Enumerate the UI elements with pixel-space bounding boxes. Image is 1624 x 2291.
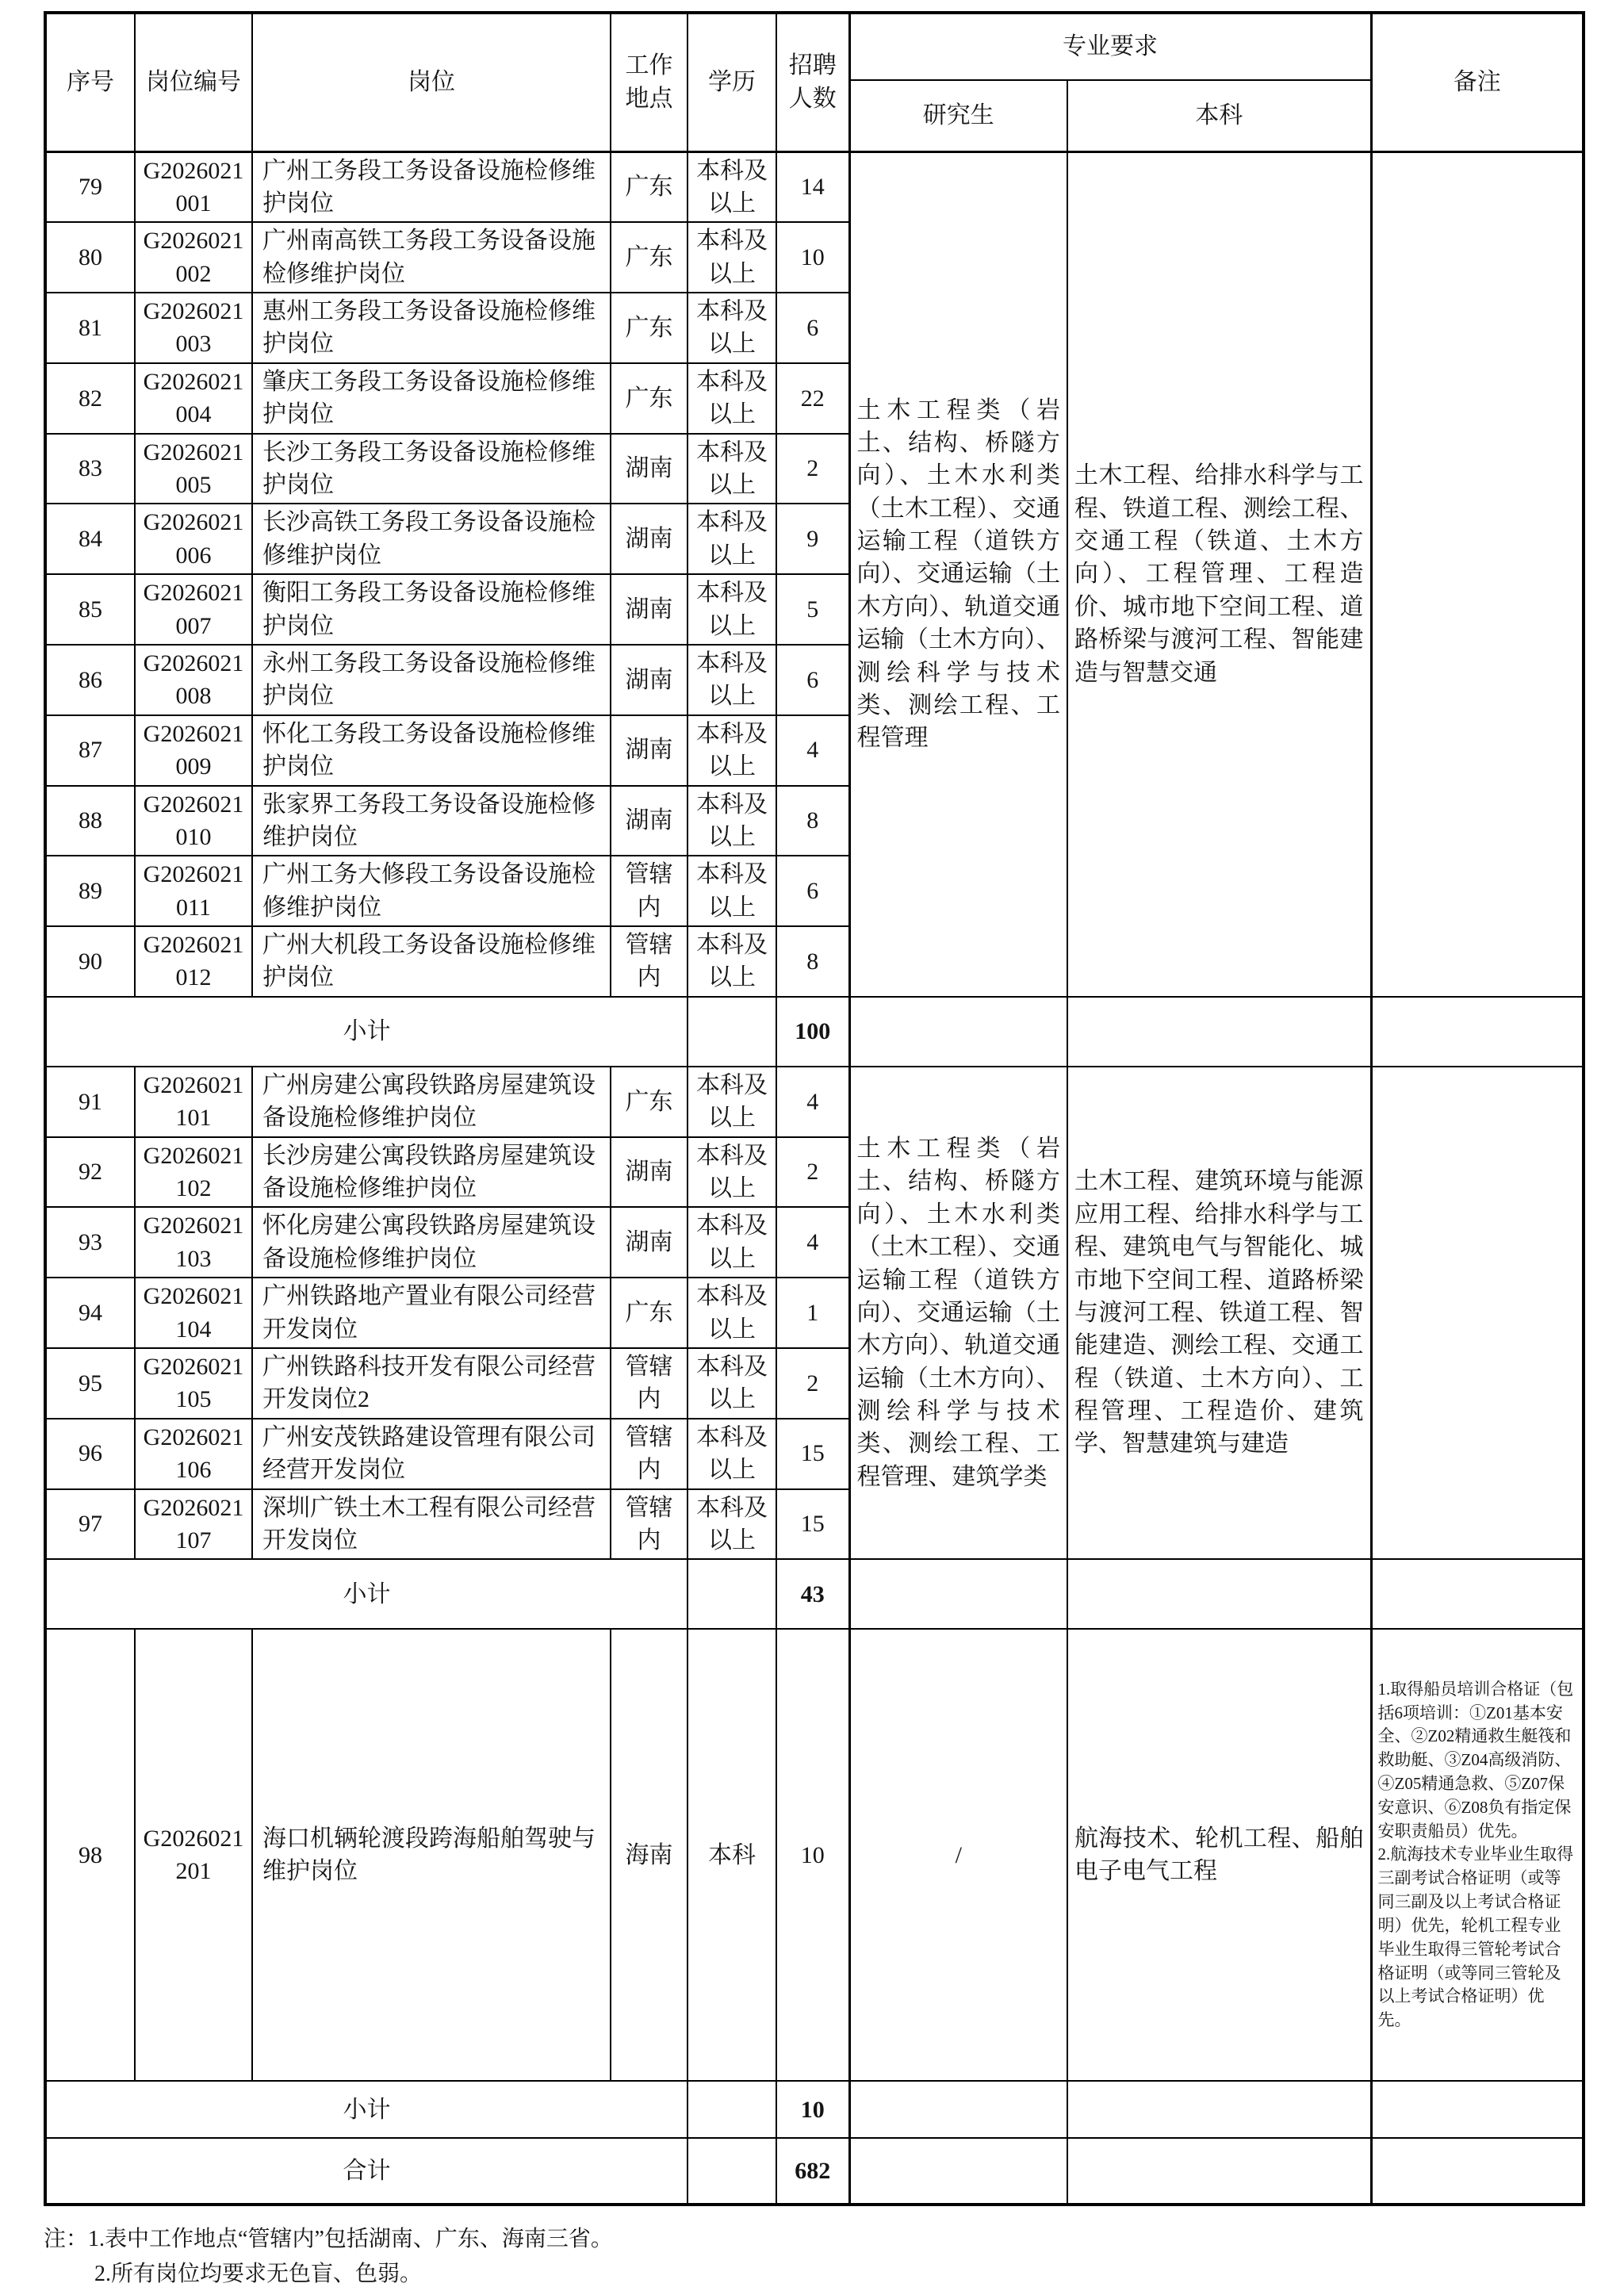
cell-count: 15 bbox=[776, 1489, 849, 1560]
cell-code: G2026021101 bbox=[135, 1067, 252, 1137]
cell-location: 管辖内 bbox=[611, 1419, 688, 1489]
subtotal-grad-empty bbox=[849, 2081, 1067, 2138]
subtotal-remark-empty bbox=[1371, 997, 1584, 1067]
cell-count: 4 bbox=[776, 1207, 849, 1278]
cell-location: 湖南 bbox=[611, 1137, 688, 1208]
cell-post: 深圳广铁土木工程有限公司经营开发岗位 bbox=[252, 1489, 611, 1560]
cell-major-undergrad: 土木工程、建筑环境与能源应用工程、给排水科学与工程、建筑电气与智能化、城市地下空… bbox=[1067, 1067, 1371, 1559]
cell-count: 15 bbox=[776, 1419, 849, 1489]
cell-count: 22 bbox=[776, 363, 849, 434]
cell-code: G2026021002 bbox=[135, 222, 252, 293]
cell-code: G2026021004 bbox=[135, 363, 252, 434]
table-row: 98 G2026021201 海口机辆轮渡段跨海船舶驾驶与维护岗位 海南 本科 … bbox=[45, 1629, 1584, 2081]
subtotal-undergrad-empty bbox=[1067, 2081, 1371, 2138]
cell-post: 广州铁路科技开发有限公司经营开发岗位2 bbox=[252, 1348, 611, 1419]
cell-code: G2026021012 bbox=[135, 926, 252, 997]
cell-count: 4 bbox=[776, 715, 849, 786]
cell-education: 本科及以上 bbox=[688, 363, 776, 434]
cell-post: 肇庆工务段工务设备设施检修维护岗位 bbox=[252, 363, 611, 434]
cell-major-undergrad: 土木工程、给排水科学与工程、铁道工程、测绘工程、交通工程（铁道、土木方向）、工程… bbox=[1067, 151, 1371, 997]
total-remark-empty bbox=[1371, 2138, 1584, 2205]
cell-count: 2 bbox=[776, 1137, 849, 1208]
col-header-code: 岗位编号 bbox=[135, 13, 252, 151]
cell-education: 本科及以上 bbox=[688, 434, 776, 504]
subtotal-education-empty bbox=[688, 2081, 776, 2138]
cell-count: 4 bbox=[776, 1067, 849, 1137]
subtotal-count: 43 bbox=[776, 1559, 849, 1629]
table-row: 79 G2026021001 广州工务段工务设备设施检修维护岗位 广东 本科及以… bbox=[45, 151, 1584, 222]
cell-count: 2 bbox=[776, 434, 849, 504]
cell-count: 2 bbox=[776, 1348, 849, 1419]
cell-education: 本科及以上 bbox=[688, 1207, 776, 1278]
footnote-line-2: 2.所有岗位均要求无色盲、色弱。 bbox=[44, 2257, 1624, 2291]
col-header-major: 专业要求 bbox=[849, 13, 1371, 80]
cell-no: 90 bbox=[45, 926, 135, 997]
cell-no: 81 bbox=[45, 293, 135, 363]
subtotal-row: 小计 43 bbox=[45, 1559, 1584, 1629]
total-education-empty bbox=[688, 2138, 776, 2205]
cell-no: 79 bbox=[45, 151, 135, 222]
cell-post: 长沙高铁工务段工务设备设施检修维护岗位 bbox=[252, 504, 611, 574]
cell-post: 衡阳工务段工务设备设施检修维护岗位 bbox=[252, 574, 611, 645]
cell-location: 湖南 bbox=[611, 574, 688, 645]
cell-post: 广州安茂铁路建设管理有限公司经营开发岗位 bbox=[252, 1419, 611, 1489]
footnotes: 注：1.表中工作地点“管辖内”包括湖南、广东、海南三省。 2.所有岗位均要求无色… bbox=[44, 2222, 1624, 2291]
subtotal-count: 100 bbox=[776, 997, 849, 1067]
cell-code: G2026021005 bbox=[135, 434, 252, 504]
subtotal-row: 小计 10 bbox=[45, 2081, 1584, 2138]
cell-location: 海南 bbox=[611, 1629, 688, 2081]
cell-code: G2026021009 bbox=[135, 715, 252, 786]
cell-count: 8 bbox=[776, 786, 849, 856]
cell-code: G2026021201 bbox=[135, 1629, 252, 2081]
subtotal-label: 小计 bbox=[45, 2081, 688, 2138]
col-header-education: 学历 bbox=[688, 13, 776, 151]
cell-code: G2026021105 bbox=[135, 1348, 252, 1419]
subtotal-label: 小计 bbox=[45, 1559, 688, 1629]
cell-count: 9 bbox=[776, 504, 849, 574]
cell-education: 本科及以上 bbox=[688, 1278, 776, 1348]
cell-remark bbox=[1371, 1067, 1584, 1559]
cell-location: 广东 bbox=[611, 222, 688, 293]
cell-education: 本科及以上 bbox=[688, 293, 776, 363]
subtotal-grad-empty bbox=[849, 1559, 1067, 1629]
recruitment-table: 序号 岗位编号 岗位 工作地点 学历 招聘人数 专业要求 备注 研究生 本科 7… bbox=[44, 11, 1585, 2206]
cell-no: 83 bbox=[45, 434, 135, 504]
subtotal-grad-empty bbox=[849, 997, 1067, 1067]
cell-education: 本科及以上 bbox=[688, 856, 776, 926]
cell-no: 93 bbox=[45, 1207, 135, 1278]
cell-education: 本科及以上 bbox=[688, 504, 776, 574]
total-grad-empty bbox=[849, 2138, 1067, 2205]
footnote-prefix: 注： bbox=[44, 2227, 88, 2251]
cell-no: 86 bbox=[45, 645, 135, 715]
cell-location: 广东 bbox=[611, 1278, 688, 1348]
cell-location: 湖南 bbox=[611, 504, 688, 574]
cell-location: 湖南 bbox=[611, 645, 688, 715]
cell-education: 本科及以上 bbox=[688, 786, 776, 856]
subtotal-remark-empty bbox=[1371, 1559, 1584, 1629]
cell-count: 14 bbox=[776, 151, 849, 222]
footnote-line-1: 注：1.表中工作地点“管辖内”包括湖南、广东、海南三省。 bbox=[44, 2222, 1624, 2256]
cell-code: G2026021001 bbox=[135, 151, 252, 222]
cell-post: 长沙工务段工务设备设施检修维护岗位 bbox=[252, 434, 611, 504]
col-header-remark: 备注 bbox=[1371, 13, 1584, 151]
cell-education: 本科及以上 bbox=[688, 1348, 776, 1419]
cell-education: 本科及以上 bbox=[688, 926, 776, 997]
cell-code: G2026021010 bbox=[135, 786, 252, 856]
subtotal-count: 10 bbox=[776, 2081, 849, 2138]
cell-no: 98 bbox=[45, 1629, 135, 2081]
cell-education: 本科及以上 bbox=[688, 715, 776, 786]
cell-education: 本科及以上 bbox=[688, 645, 776, 715]
cell-location: 管辖内 bbox=[611, 1489, 688, 1560]
cell-post: 广州大机段工务设备设施检修维护岗位 bbox=[252, 926, 611, 997]
cell-post: 广州南高铁工务段工务设备设施检修维护岗位 bbox=[252, 222, 611, 293]
footnote-text-2: 2.所有岗位均要求无色盲、色弱。 bbox=[94, 2262, 422, 2286]
cell-education: 本科 bbox=[688, 1629, 776, 2081]
cell-location: 广东 bbox=[611, 1067, 688, 1137]
cell-no: 92 bbox=[45, 1137, 135, 1208]
cell-location: 广东 bbox=[611, 293, 688, 363]
cell-post: 广州工务段工务设备设施检修维护岗位 bbox=[252, 151, 611, 222]
cell-location: 广东 bbox=[611, 151, 688, 222]
cell-code: G2026021007 bbox=[135, 574, 252, 645]
cell-major-grad: 土木工程类（岩土、结构、桥隧方向）、土木水利类（土木工程）、交通运输工程（道铁方… bbox=[849, 151, 1067, 997]
cell-code: G2026021107 bbox=[135, 1489, 252, 1560]
cell-code: G2026021102 bbox=[135, 1137, 252, 1208]
total-count: 682 bbox=[776, 2138, 849, 2205]
col-header-undergrad: 本科 bbox=[1067, 80, 1371, 151]
total-label: 合计 bbox=[45, 2138, 688, 2205]
cell-post: 广州铁路地产置业有限公司经营开发岗位 bbox=[252, 1278, 611, 1348]
subtotal-label: 小计 bbox=[45, 997, 688, 1067]
cell-major-grad: 土木工程类（岩土、结构、桥隧方向）、土木水利类（土木工程）、交通运输工程（道铁方… bbox=[849, 1067, 1067, 1559]
cell-no: 82 bbox=[45, 363, 135, 434]
cell-code: G2026021011 bbox=[135, 856, 252, 926]
cell-major-grad: / bbox=[849, 1629, 1067, 2081]
cell-code: G2026021106 bbox=[135, 1419, 252, 1489]
cell-location: 湖南 bbox=[611, 715, 688, 786]
cell-no: 84 bbox=[45, 504, 135, 574]
cell-no: 91 bbox=[45, 1067, 135, 1137]
cell-no: 89 bbox=[45, 856, 135, 926]
cell-post: 海口机辆轮渡段跨海船舶驾驶与维护岗位 bbox=[252, 1629, 611, 2081]
cell-no: 87 bbox=[45, 715, 135, 786]
col-header-no: 序号 bbox=[45, 13, 135, 151]
cell-location: 湖南 bbox=[611, 786, 688, 856]
cell-no: 97 bbox=[45, 1489, 135, 1560]
subtotal-undergrad-empty bbox=[1067, 1559, 1371, 1629]
col-header-count: 招聘人数 bbox=[776, 13, 849, 151]
cell-count: 1 bbox=[776, 1278, 849, 1348]
cell-education: 本科及以上 bbox=[688, 222, 776, 293]
total-row: 合计 682 bbox=[45, 2138, 1584, 2205]
subtotal-row: 小计 100 bbox=[45, 997, 1584, 1067]
col-header-grad: 研究生 bbox=[849, 80, 1067, 151]
cell-count: 6 bbox=[776, 293, 849, 363]
cell-no: 96 bbox=[45, 1419, 135, 1489]
cell-remark bbox=[1371, 151, 1584, 997]
cell-code: G2026021103 bbox=[135, 1207, 252, 1278]
cell-no: 88 bbox=[45, 786, 135, 856]
cell-code: G2026021003 bbox=[135, 293, 252, 363]
subtotal-education-empty bbox=[688, 1559, 776, 1629]
cell-code: G2026021006 bbox=[135, 504, 252, 574]
cell-major-undergrad: 航海技术、轮机工程、船舶电子电气工程 bbox=[1067, 1629, 1371, 2081]
cell-education: 本科及以上 bbox=[688, 151, 776, 222]
cell-no: 80 bbox=[45, 222, 135, 293]
cell-education: 本科及以上 bbox=[688, 1489, 776, 1560]
cell-location: 湖南 bbox=[611, 434, 688, 504]
cell-remark: 1.取得船员培训合格证（包括6项培训：①Z01基本安全、②Z02精通救生艇筏和救… bbox=[1371, 1629, 1584, 2081]
subtotal-undergrad-empty bbox=[1067, 997, 1371, 1067]
col-header-post: 岗位 bbox=[252, 13, 611, 151]
cell-no: 95 bbox=[45, 1348, 135, 1419]
cell-no: 85 bbox=[45, 574, 135, 645]
cell-code: G2026021008 bbox=[135, 645, 252, 715]
total-undergrad-empty bbox=[1067, 2138, 1371, 2205]
footnote-text-1: 1.表中工作地点“管辖内”包括湖南、广东、海南三省。 bbox=[88, 2227, 613, 2251]
cell-education: 本科及以上 bbox=[688, 1067, 776, 1137]
cell-count: 5 bbox=[776, 574, 849, 645]
cell-post: 广州房建公寓段铁路房屋建筑设备设施检修维护岗位 bbox=[252, 1067, 611, 1137]
cell-post: 怀化工务段工务设备设施检修维护岗位 bbox=[252, 715, 611, 786]
cell-location: 管辖内 bbox=[611, 1348, 688, 1419]
cell-count: 6 bbox=[776, 856, 849, 926]
table-row: 91 G2026021101 广州房建公寓段铁路房屋建筑设备设施检修维护岗位 广… bbox=[45, 1067, 1584, 1137]
cell-count: 10 bbox=[776, 1629, 849, 2081]
cell-education: 本科及以上 bbox=[688, 574, 776, 645]
cell-location: 广东 bbox=[611, 363, 688, 434]
cell-post: 惠州工务段工务设备设施检修维护岗位 bbox=[252, 293, 611, 363]
cell-no: 94 bbox=[45, 1278, 135, 1348]
cell-post: 怀化房建公寓段铁路房屋建筑设备设施检修维护岗位 bbox=[252, 1207, 611, 1278]
cell-location: 湖南 bbox=[611, 1207, 688, 1278]
cell-code: G2026021104 bbox=[135, 1278, 252, 1348]
cell-post: 长沙房建公寓段铁路房屋建筑设备设施检修维护岗位 bbox=[252, 1137, 611, 1208]
cell-post: 张家界工务段工务设备设施检修维护岗位 bbox=[252, 786, 611, 856]
cell-location: 管辖内 bbox=[611, 856, 688, 926]
cell-count: 6 bbox=[776, 645, 849, 715]
cell-post: 永州工务段工务设备设施检修维护岗位 bbox=[252, 645, 611, 715]
cell-post: 广州工务大修段工务设备设施检修维护岗位 bbox=[252, 856, 611, 926]
subtotal-remark-empty bbox=[1371, 2081, 1584, 2138]
subtotal-education-empty bbox=[688, 997, 776, 1067]
page: 序号 岗位编号 岗位 工作地点 学历 招聘人数 专业要求 备注 研究生 本科 7… bbox=[0, 0, 1624, 2291]
cell-count: 8 bbox=[776, 926, 849, 997]
cell-education: 本科及以上 bbox=[688, 1419, 776, 1489]
col-header-location: 工作地点 bbox=[611, 13, 688, 151]
cell-count: 10 bbox=[776, 222, 849, 293]
cell-location: 管辖内 bbox=[611, 926, 688, 997]
cell-education: 本科及以上 bbox=[688, 1137, 776, 1208]
